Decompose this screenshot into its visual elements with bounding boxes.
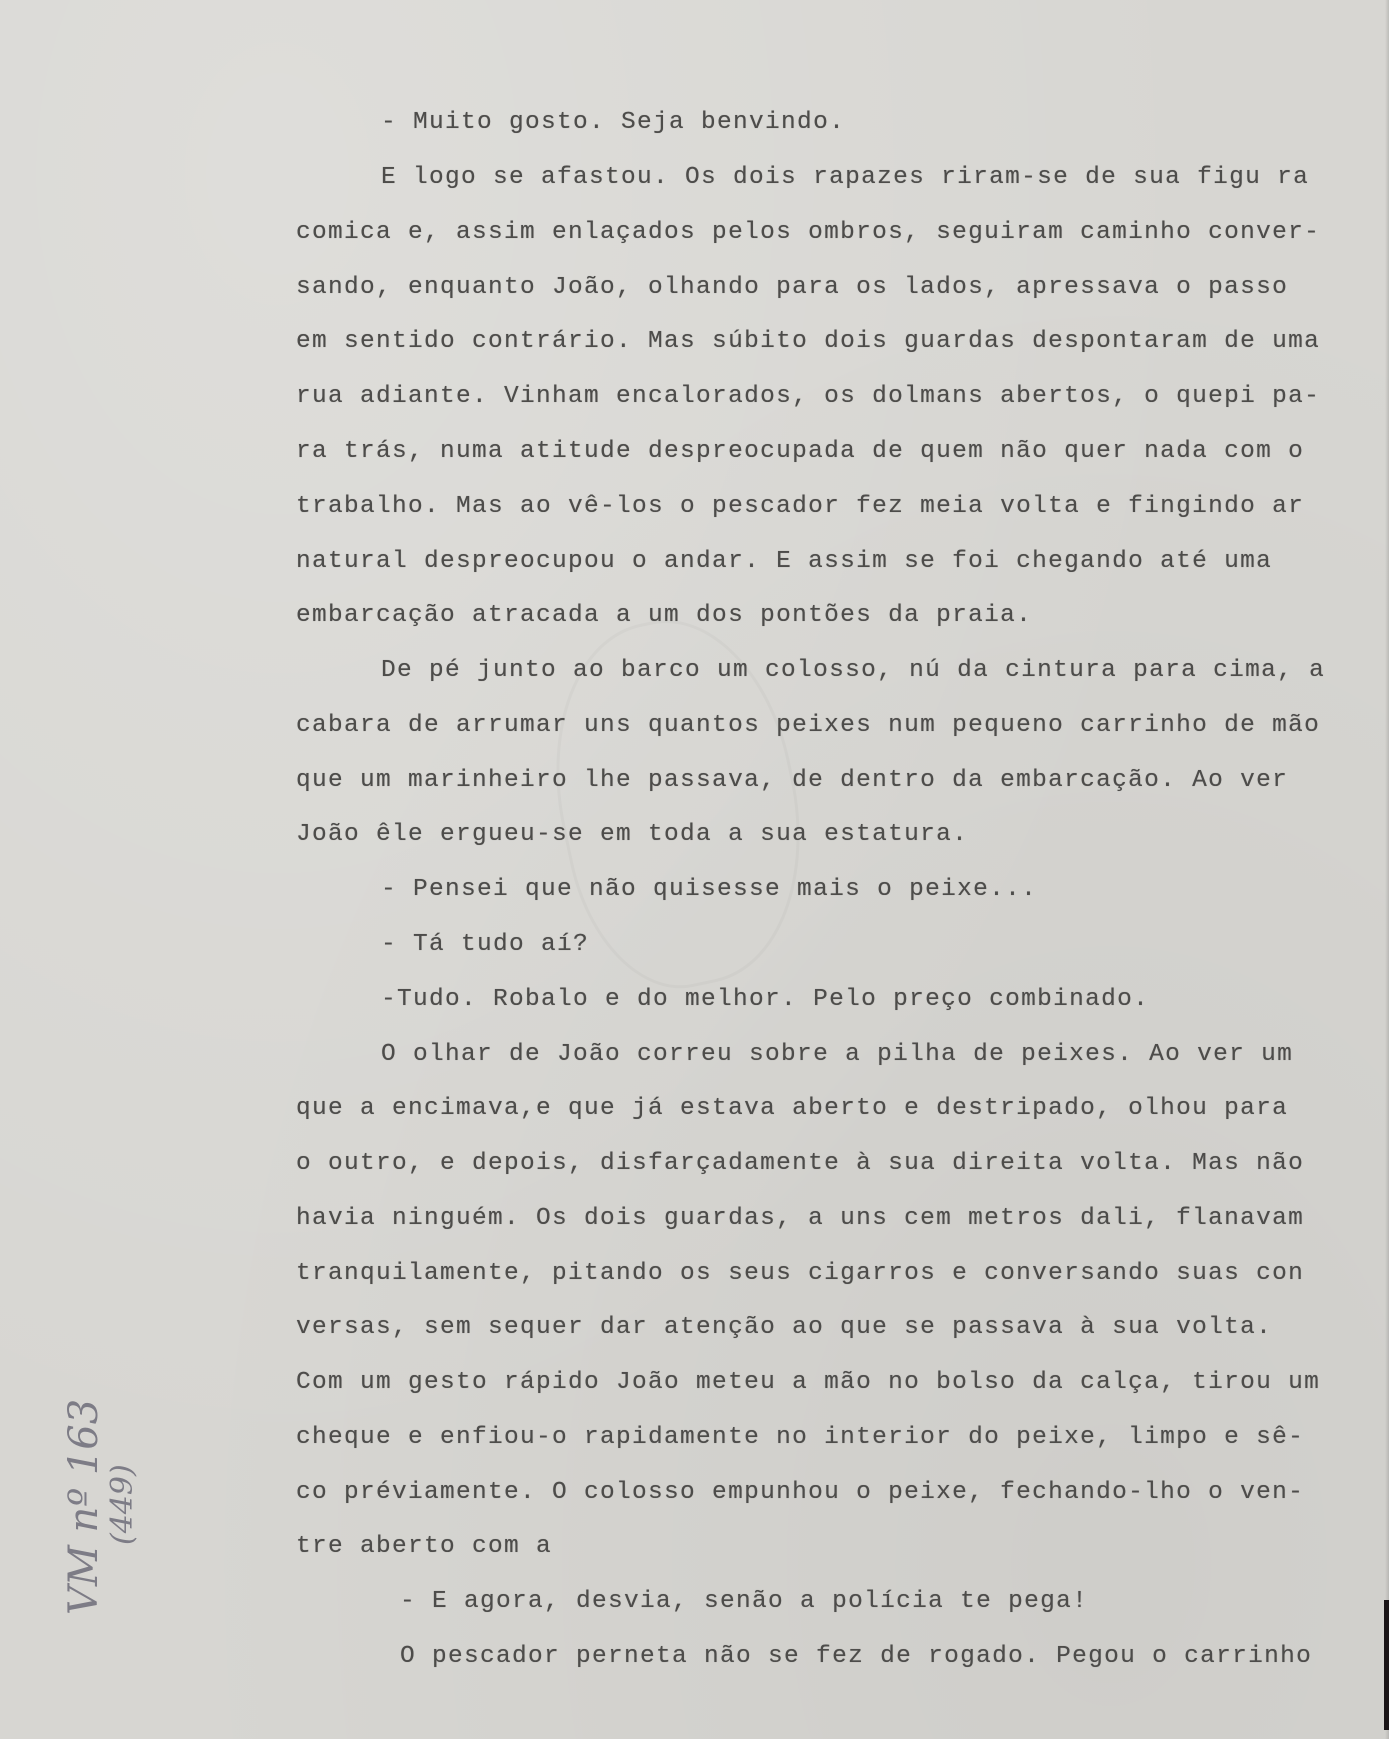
text-line: trabalho. Mas ao vê-los o pescador fez m… xyxy=(296,492,1304,522)
text-line: E logo se afastou. Os dois rapazes riram… xyxy=(381,163,1309,193)
handwritten-margin-note: VM nº 163 (449) xyxy=(62,1385,152,1615)
text-line: O olhar de João correu sobre a pilha de … xyxy=(381,1040,1293,1070)
scan-edge-strip xyxy=(1384,1600,1389,1730)
text-line: embarcação atracada a um dos pontões da … xyxy=(296,601,1032,631)
dialogue-line: -Tudo. Robalo e do melhor. Pelo preço co… xyxy=(381,985,1149,1015)
archive-number: (449) xyxy=(106,1385,140,1545)
text-line: De pé junto ao barco um colosso, nú da c… xyxy=(381,656,1325,686)
text-line: Com um gesto rápido João meteu a mão no … xyxy=(296,1368,1320,1398)
text-line: em sentido contrário. Mas súbito dois gu… xyxy=(296,327,1320,357)
text-line: ra trás, numa atitude despreocupada de q… xyxy=(296,437,1304,467)
text-line: cheque e enfiou-o rapidamente no interio… xyxy=(296,1423,1304,1453)
text-line: natural despreocupou o andar. E assim se… xyxy=(296,547,1272,577)
text-line: cabara de arrumar uns quantos peixes num… xyxy=(296,711,1320,741)
text-line: João êle ergueu-se em toda a sua estatur… xyxy=(296,820,968,850)
text-line: o outro, e depois, disfarçadamente à sua… xyxy=(296,1149,1304,1179)
text-line: O pescador perneta não se fez de rogado.… xyxy=(400,1642,1312,1672)
text-line: tranquilamente, pitando os seus cigarros… xyxy=(296,1259,1304,1289)
dialogue-line: - Pensei que não quisesse mais o peixe..… xyxy=(381,875,1037,905)
text-line: co préviamente. O colosso empunhou o pei… xyxy=(296,1478,1304,1508)
text-line: havia ninguém. Os dois guardas, a uns ce… xyxy=(296,1204,1304,1234)
text-line: - Muito gosto. Seja benvindo. xyxy=(381,108,845,138)
archive-reference: VM nº 163 xyxy=(62,1385,106,1615)
page-edge-shadow xyxy=(1385,0,1389,1739)
dialogue-line: - Tá tudo aí? xyxy=(381,930,589,960)
document-page: - Muito gosto. Seja benvindo. E logo se … xyxy=(0,0,1389,1739)
text-line: rua adiante. Vinham encalorados, os dolm… xyxy=(296,382,1320,412)
text-line: que a encimava,e que já estava aberto e … xyxy=(296,1094,1288,1124)
text-line: sando, enquanto João, olhando para os la… xyxy=(296,273,1288,303)
text-line: comica e, assim enlaçados pelos ombros, … xyxy=(296,218,1320,248)
text-line: tre aberto com a xyxy=(296,1532,552,1562)
text-line: versas, sem sequer dar atenção ao que se… xyxy=(296,1313,1272,1343)
dialogue-line: - E agora, desvia, senão a polícia te pe… xyxy=(400,1587,1088,1617)
text-line: que um marinheiro lhe passava, de dentro… xyxy=(296,766,1288,796)
